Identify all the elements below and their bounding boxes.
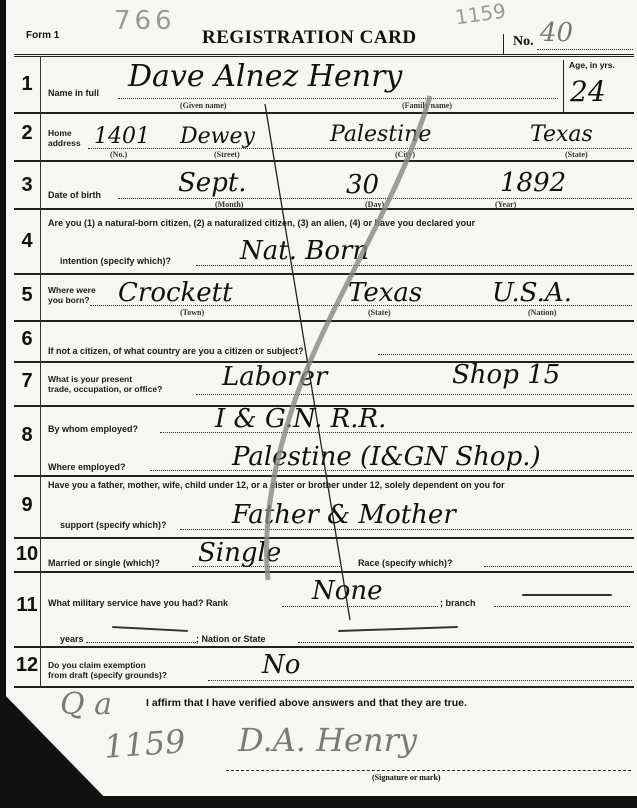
- sub-given-name: (Given name): [180, 101, 226, 110]
- number-value: 40: [540, 18, 573, 48]
- signature-line: [226, 770, 631, 771]
- row-number: 9: [14, 494, 40, 517]
- sub-state: (State): [368, 308, 391, 317]
- birth-day: 30: [346, 172, 379, 198]
- label-occupation-2: trade, occupation, or office?: [48, 384, 162, 394]
- fill-line: [208, 680, 632, 681]
- divider: [503, 34, 504, 54]
- label-where-employed: Where employed?: [48, 462, 126, 472]
- rule: [14, 475, 634, 477]
- row-number: 3: [14, 174, 40, 197]
- sub-town: (Town): [180, 308, 204, 317]
- birthplace-state: Texas: [348, 280, 422, 306]
- address-state: Texas: [530, 124, 593, 146]
- scan-corner: [0, 690, 115, 808]
- sub-no: (No.): [110, 150, 127, 159]
- label-born: you born?: [48, 295, 90, 305]
- label-date-of-birth: Date of birth: [48, 190, 101, 200]
- sub-city: (City): [395, 150, 415, 159]
- name-value: Dave Alnez Henry: [128, 62, 402, 92]
- label-where: Where were: [48, 285, 96, 295]
- employer-value: I & G.N. R.R.: [215, 406, 386, 432]
- signature-caption: (Signature or mark): [372, 773, 441, 782]
- registration-card: 766 1159 Form 1 REGISTRATION CARD No. 40…: [0, 0, 637, 808]
- birth-month: Sept.: [178, 170, 247, 196]
- row-number: 1: [14, 73, 40, 96]
- fill-line: [298, 642, 632, 643]
- scan-border-left: [0, 0, 6, 808]
- label-exemption-2: from draft (specify grounds)?: [48, 670, 167, 680]
- card-title: REGISTRATION CARD: [202, 27, 417, 49]
- corner-number: 1159: [454, 0, 508, 29]
- exemption-value: No: [262, 652, 300, 678]
- rule: [14, 160, 634, 162]
- number-label: No.: [513, 34, 534, 50]
- sub-state: (State): [565, 150, 588, 159]
- fill-line: [282, 606, 438, 607]
- rule: [14, 320, 634, 322]
- address-number: 1401: [94, 126, 150, 148]
- occupation-detail: Shop 15: [452, 362, 560, 388]
- rule: [14, 537, 634, 539]
- branch-dash: [522, 594, 612, 596]
- address-street: Dewey: [180, 126, 255, 148]
- address-city: Palestine: [330, 124, 431, 146]
- label-employer: By whom employed?: [48, 424, 138, 434]
- rule: [14, 273, 634, 275]
- fill-line: [88, 148, 632, 149]
- label-years: years: [60, 634, 84, 644]
- fill-line: [118, 98, 558, 99]
- label-nation-state: ; Nation or State: [196, 634, 266, 644]
- sub-family-name: (Family name): [402, 101, 452, 110]
- row-number: 4: [14, 230, 40, 253]
- question-dependents: Have you a father, mother, wife, child u…: [48, 480, 505, 490]
- sub-day: (Day): [365, 200, 384, 209]
- fill-line: [484, 566, 632, 567]
- dependents-value: Father & Mother: [232, 502, 456, 528]
- rank-value: None: [312, 578, 383, 604]
- employment-location: Palestine (I&GN Shop.): [232, 444, 541, 470]
- label-name: Name in full: [48, 88, 99, 98]
- scan-border-bottom: [0, 796, 637, 808]
- fill-line: [196, 394, 632, 395]
- birthplace-town: Crockett: [118, 280, 233, 306]
- occupation-value: Laborer: [222, 364, 327, 390]
- rule: [14, 208, 634, 210]
- divider: [563, 60, 564, 112]
- birthplace-nation: U.S.A.: [492, 280, 572, 306]
- question-citizenship: Are you (1) a natural-born citizen, (2) …: [48, 218, 475, 228]
- sub-nation: (Nation): [528, 308, 556, 317]
- label-occupation-1: What is your present: [48, 374, 132, 384]
- sub-street: (Street): [214, 150, 240, 159]
- row-number: 11: [14, 594, 40, 617]
- row-number: 12: [14, 654, 40, 677]
- age-label: Age, in yrs.: [569, 60, 615, 70]
- rule: [14, 112, 634, 114]
- label-race: Race (specify which)?: [358, 558, 453, 568]
- row-number: 5: [14, 284, 40, 307]
- fill-line: [378, 354, 632, 355]
- fill-line: [494, 606, 630, 607]
- sub-year: (Year): [495, 200, 516, 209]
- nation-dash: [338, 626, 458, 632]
- signature: D.A. Henry: [238, 724, 417, 756]
- sub-month: (Month): [215, 200, 243, 209]
- citizenship-value: Nat. Born: [240, 238, 369, 264]
- number-line: [537, 49, 633, 50]
- row-number: 2: [14, 122, 40, 145]
- label-branch: ; branch: [440, 598, 476, 608]
- birth-year: 1892: [500, 170, 566, 196]
- age-value: 24: [570, 78, 606, 106]
- side-number: 1159: [103, 725, 186, 763]
- row-number: 7: [14, 370, 40, 393]
- row-number: 8: [14, 424, 40, 447]
- label-marital: Married or single (which)?: [48, 558, 160, 568]
- marital-value: Single: [198, 540, 281, 566]
- label-home: Home: [48, 128, 72, 138]
- rule: [14, 54, 634, 57]
- label-intention: intention (specify which)?: [60, 256, 171, 266]
- form-label: Form 1: [26, 30, 59, 41]
- years-dash: [112, 626, 188, 632]
- affirmation: I affirm that I have verified above answ…: [146, 697, 467, 709]
- rule: [14, 646, 634, 648]
- fill-line: [86, 642, 196, 643]
- label-exemption-1: Do you claim exemption: [48, 660, 146, 670]
- rule: [14, 571, 634, 573]
- label-address: address: [48, 138, 81, 148]
- label-military: What military service have you had? Rank: [48, 598, 228, 608]
- number-column-divider: [40, 56, 41, 688]
- label-foreign-country: If not a citizen, of what country are yo…: [48, 346, 304, 356]
- stamp-number: 766: [114, 6, 176, 36]
- row-number: 6: [14, 328, 40, 351]
- row-number: 10: [14, 543, 40, 566]
- label-support: support (specify which)?: [60, 520, 167, 530]
